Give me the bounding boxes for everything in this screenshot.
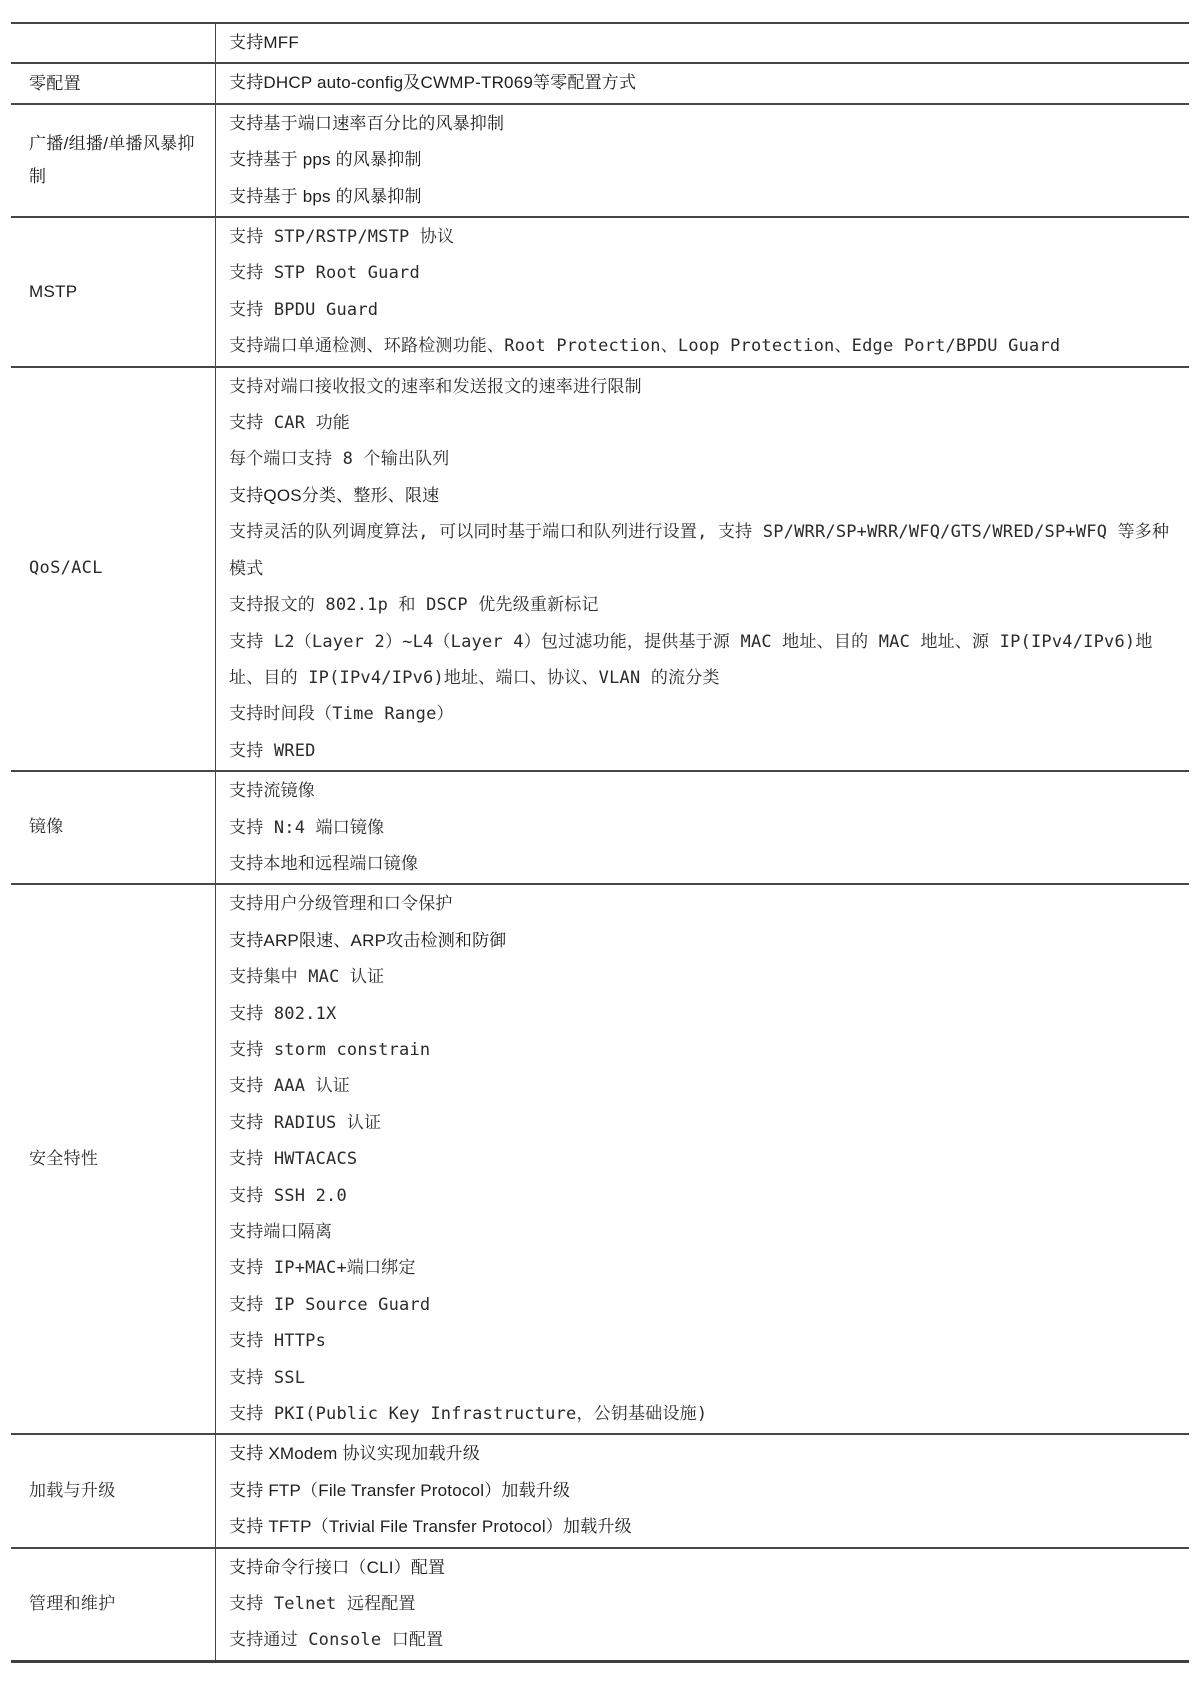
category-label: 加载与升级	[29, 1475, 116, 1508]
category-cell: MSTP	[11, 218, 216, 366]
feature-text: 支持时间段（Time Range）	[229, 696, 1175, 732]
table-row: 管理和维护 支持命令行接口（CLI）配置支持 Telnet 远程配置支持通过 C…	[11, 1547, 1189, 1660]
feature-text: 支持端口单通检测、环路检测功能、Root Protection、Loop Pro…	[229, 328, 1175, 364]
feature-text: 支持灵活的队列调度算法, 可以同时基于端口和队列进行设置, 支持 SP/WRR/…	[229, 514, 1175, 587]
category-cell: QoS/ACL	[11, 368, 216, 770]
category-label: 零配置	[29, 67, 81, 100]
feature-text: 支持用户分级管理和口令保护	[229, 886, 1175, 922]
category-cell: 安全特性	[11, 885, 216, 1433]
feature-text: 支持MFF	[229, 25, 1175, 61]
feature-text: 支持 SSL	[229, 1360, 1175, 1396]
feature-text: 支持 CAR 功能	[229, 405, 1175, 441]
features-cell: 支持MFF	[216, 24, 1189, 62]
category-cell: 广播/组播/单播风暴抑制	[11, 105, 216, 216]
category-label: QoS/ACL	[29, 552, 103, 585]
feature-text: 支持 Telnet 远程配置	[229, 1586, 1175, 1622]
feature-text: 每个端口支持 8 个输出队列	[229, 441, 1175, 477]
category-label: 镜像	[29, 811, 64, 844]
category-cell: 加载与升级	[11, 1435, 216, 1546]
features-cell: 支持命令行接口（CLI）配置支持 Telnet 远程配置支持通过 Console…	[216, 1549, 1189, 1660]
table-row: 支持MFF	[11, 22, 1189, 62]
feature-text: 支持 N:4 端口镜像	[229, 810, 1175, 846]
feature-text: 支持 IP Source Guard	[229, 1287, 1175, 1323]
feature-text: 支持端口隔离	[229, 1214, 1175, 1250]
feature-text: 支持基于 pps 的风暴抑制	[229, 142, 1175, 178]
feature-text: 支持 SSH 2.0	[229, 1178, 1175, 1214]
feature-text: 支持对端口接收报文的速率和发送报文的速率进行限制	[229, 369, 1175, 405]
table-row: 镜像 支持流镜像支持 N:4 端口镜像支持本地和远程端口镜像	[11, 770, 1189, 883]
features-cell: 支持用户分级管理和口令保护支持ARP限速、ARP攻击检测和防御支持集中 MAC …	[216, 885, 1189, 1433]
feature-text: 支持 STP Root Guard	[229, 255, 1175, 291]
category-cell	[11, 24, 216, 62]
feature-text: 支持 RADIUS 认证	[229, 1105, 1175, 1141]
feature-text: 支持QOS分类、整形、限速	[229, 478, 1175, 514]
features-cell: 支持 XModem 协议实现加载升级支持 FTP（File Transfer P…	[216, 1435, 1189, 1546]
feature-text: 支持通过 Console 口配置	[229, 1622, 1175, 1658]
feature-text: 支持集中 MAC 认证	[229, 959, 1175, 995]
category-label: 管理和维护	[29, 1588, 116, 1621]
table-row: 安全特性 支持用户分级管理和口令保护支持ARP限速、ARP攻击检测和防御支持集中…	[11, 883, 1189, 1433]
feature-text: 支持命令行接口（CLI）配置	[229, 1550, 1175, 1586]
table-row: MSTP 支持 STP/RSTP/MSTP 协议支持 STP Root Guar…	[11, 216, 1189, 366]
category-label: 广播/组播/单播风暴抑制	[29, 127, 195, 193]
feature-text: 支持ARP限速、ARP攻击检测和防御	[229, 923, 1175, 959]
feature-text: 支持 802.1X	[229, 996, 1175, 1032]
spec-table: 支持MFF 零配置 支持DHCP auto-config及CWMP-TR069等…	[11, 22, 1189, 1663]
feature-text: 支持 BPDU Guard	[229, 292, 1175, 328]
feature-text: 支持DHCP auto-config及CWMP-TR069等零配置方式	[229, 65, 1175, 101]
category-label: 安全特性	[29, 1143, 98, 1176]
feature-text: 支持本地和远程端口镜像	[229, 846, 1175, 882]
feature-text: 支持 L2（Layer 2）~L4（Layer 4）包过滤功能，提供基于源 MA…	[229, 624, 1175, 697]
features-cell: 支持对端口接收报文的速率和发送报文的速率进行限制支持 CAR 功能每个端口支持 …	[216, 368, 1189, 770]
category-cell: 镜像	[11, 772, 216, 883]
feature-text: 支持流镜像	[229, 773, 1175, 809]
feature-text: 支持 STP/RSTP/MSTP 协议	[229, 219, 1175, 255]
features-cell: 支持流镜像支持 N:4 端口镜像支持本地和远程端口镜像	[216, 772, 1189, 883]
features-cell: 支持基于端口速率百分比的风暴抑制支持基于 pps 的风暴抑制支持基于 bps 的…	[216, 105, 1189, 216]
feature-text: 支持报文的 802.1p 和 DSCP 优先级重新标记	[229, 587, 1175, 623]
feature-text: 支持 TFTP（Trivial File Transfer Protocol）加…	[229, 1509, 1175, 1545]
table-row: QoS/ACL 支持对端口接收报文的速率和发送报文的速率进行限制支持 CAR 功…	[11, 366, 1189, 770]
feature-text: 支持 PKI(Public Key Infrastructure，公钥基础设施)	[229, 1396, 1175, 1432]
feature-text: 支持基于 bps 的风暴抑制	[229, 179, 1175, 215]
feature-text: 支持 IP+MAC+端口绑定	[229, 1250, 1175, 1286]
feature-text: 支持 WRED	[229, 733, 1175, 769]
feature-text: 支持 storm constrain	[229, 1032, 1175, 1068]
document-page: 支持MFF 零配置 支持DHCP auto-config及CWMP-TR069等…	[0, 22, 1200, 1708]
feature-text: 支持 XModem 协议实现加载升级	[229, 1436, 1175, 1472]
category-cell: 零配置	[11, 64, 216, 102]
features-cell: 支持 STP/RSTP/MSTP 协议支持 STP Root Guard支持 B…	[216, 218, 1189, 366]
table-row: 加载与升级 支持 XModem 协议实现加载升级支持 FTP（File Tran…	[11, 1433, 1189, 1546]
feature-text: 支持 FTP（File Transfer Protocol）加载升级	[229, 1473, 1175, 1509]
category-cell: 管理和维护	[11, 1549, 216, 1660]
table-row: 广播/组播/单播风暴抑制 支持基于端口速率百分比的风暴抑制支持基于 pps 的风…	[11, 103, 1189, 216]
feature-text: 支持 AAA 认证	[229, 1068, 1175, 1104]
feature-text: 支持 HTTPs	[229, 1323, 1175, 1359]
features-cell: 支持DHCP auto-config及CWMP-TR069等零配置方式	[216, 64, 1189, 102]
table-row: 零配置 支持DHCP auto-config及CWMP-TR069等零配置方式	[11, 62, 1189, 102]
feature-text: 支持 HWTACACS	[229, 1141, 1175, 1177]
feature-text: 支持基于端口速率百分比的风暴抑制	[229, 106, 1175, 142]
category-label: MSTP	[29, 275, 77, 308]
